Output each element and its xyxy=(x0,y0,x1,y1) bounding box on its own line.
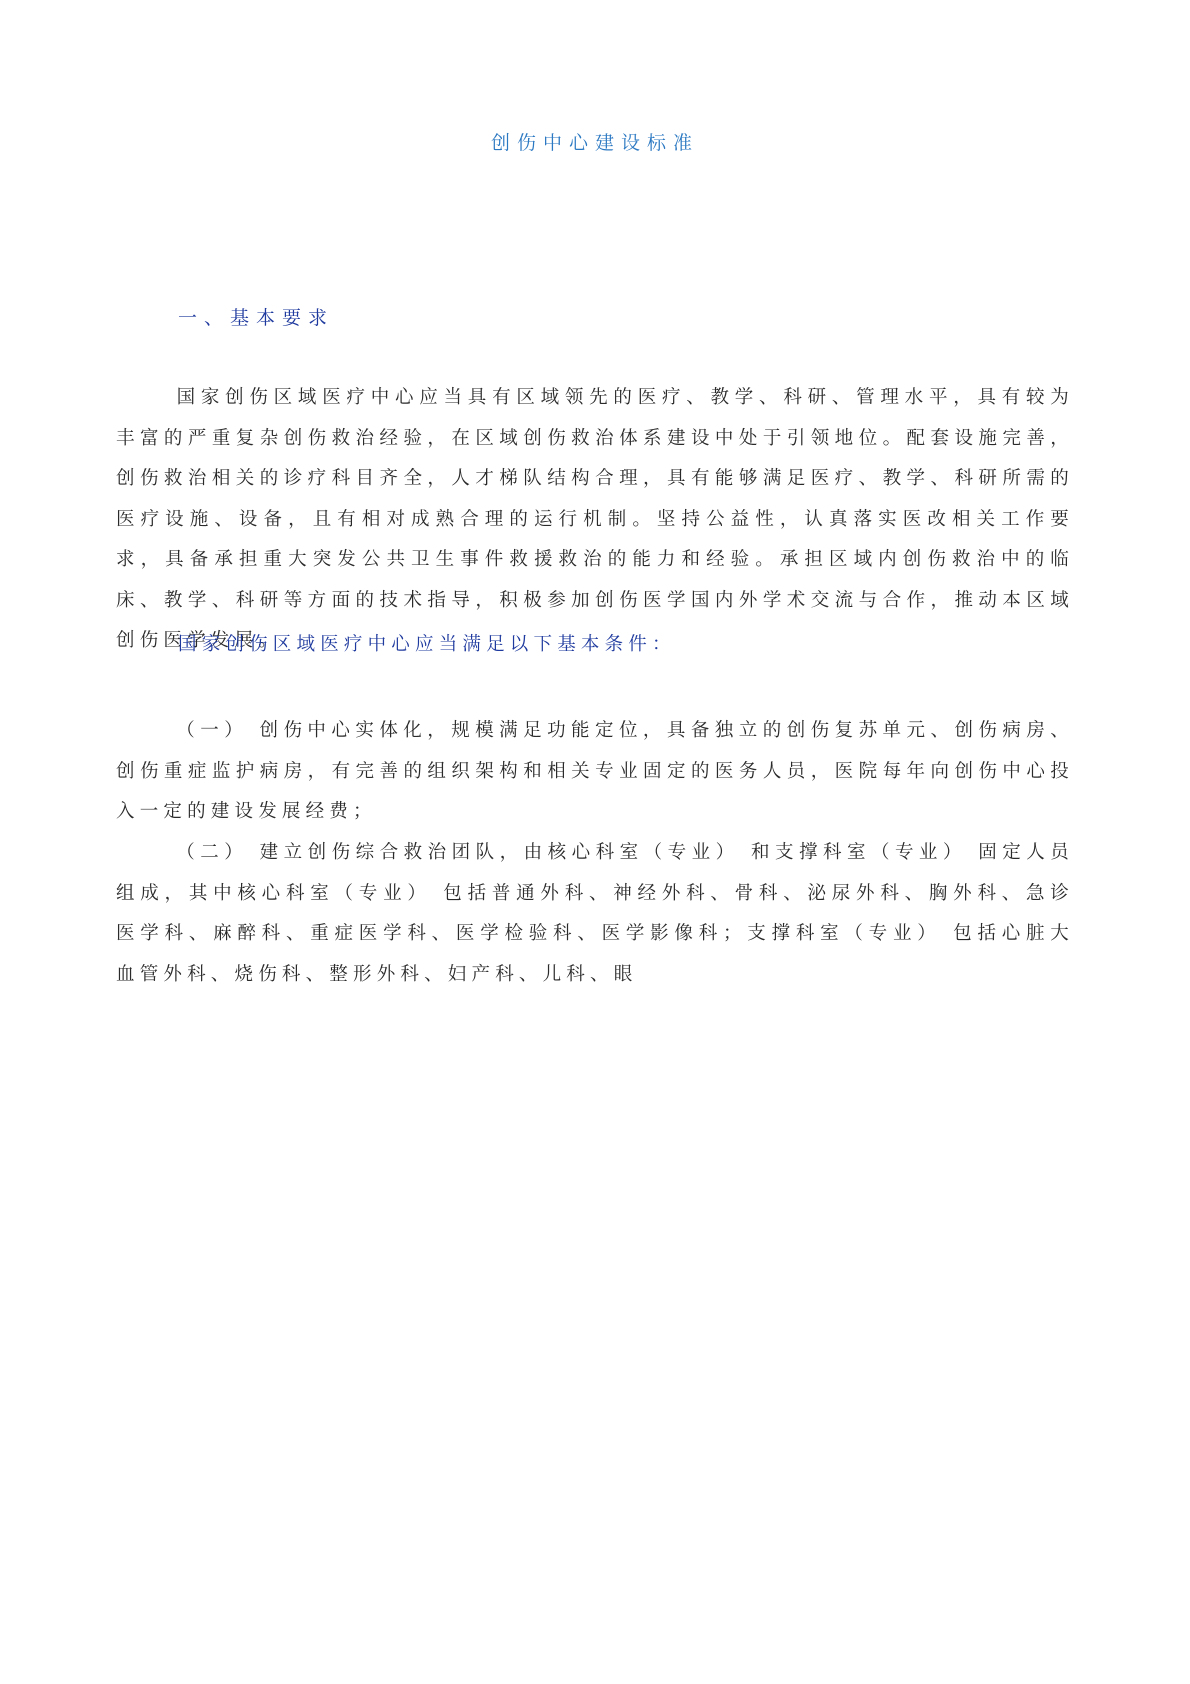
document-title: 创伤中心建设标准 xyxy=(0,128,1190,155)
condition-1: （一） 创伤中心实体化，规模满足功能定位，具备独立的创伤复苏单元、创伤病房、创伤… xyxy=(116,711,1074,833)
sub-heading-conditions: 国家创伤区域医疗中心应当满足以下基本条件： xyxy=(178,630,676,656)
paragraph-intro-text: 国家创伤区域医疗中心应当具有区域领先的医疗、教学、科研、管理水平，具有较为丰富的… xyxy=(116,387,1074,651)
paragraph-intro: 国家创伤区域医疗中心应当具有区域领先的医疗、教学、科研、管理水平，具有较为丰富的… xyxy=(116,378,1074,662)
section-heading-basic-requirements: 一、基本要求 xyxy=(178,303,334,330)
condition-1-text: （一） 创伤中心实体化，规模满足功能定位，具备独立的创伤复苏单元、创伤病房、创伤… xyxy=(116,720,1074,822)
condition-2: （二） 建立创伤综合救治团队，由核心科室（专业） 和支撑科室（专业） 固定人员组… xyxy=(116,833,1074,995)
condition-2-text: （二） 建立创伤综合救治团队，由核心科室（专业） 和支撑科室（专业） 固定人员组… xyxy=(116,842,1074,985)
document-page: 创伤中心建设标准 一、基本要求 国家创伤区域医疗中心应当具有区域领先的医疗、教学… xyxy=(0,0,1190,1684)
